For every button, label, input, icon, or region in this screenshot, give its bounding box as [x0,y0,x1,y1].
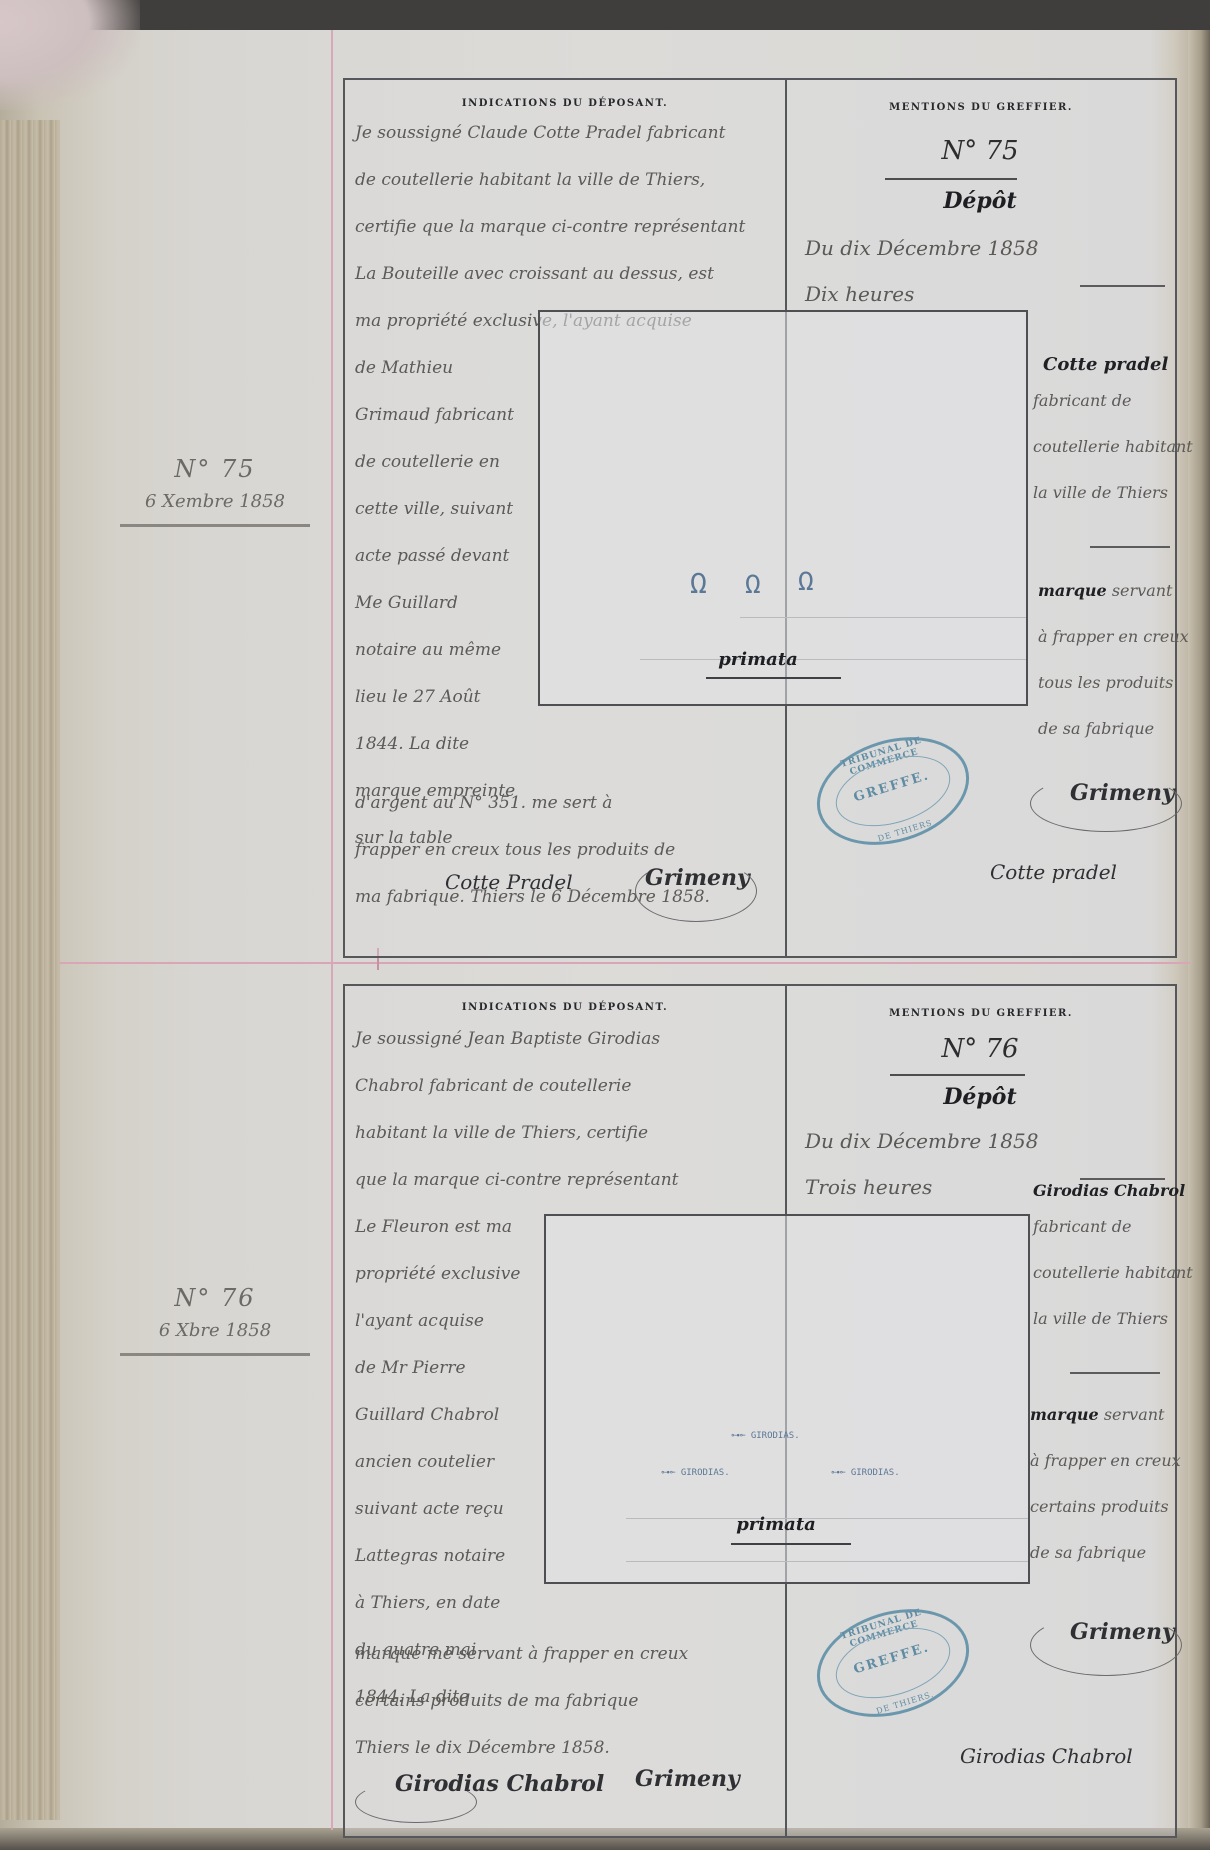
side-note: N° 75 6 Xembre 1858 [120,455,310,527]
register-page: N° 75 6 Xembre 1858 INDICATIONS DU DÉPOS… [0,0,1210,1850]
greffier-date-block: Du dix Décembre 1858 Dix heures [805,225,1038,317]
mark-caption: primata [678,649,838,670]
depot-time: Trois heures [805,1164,1038,1210]
side-note-number: N° 76 [120,1284,310,1312]
side-note-rule [120,1353,310,1356]
signature-flourish [635,860,757,922]
depositant-text-bottom: marque me servant à frapper en creux cer… [355,1631,780,1772]
trademark-box: ⊶⟜ GIRODIAS. ⊶⟜ GIRODIAS. ⊶⟜ GIRODIAS. p… [544,1214,1030,1584]
greffier-date-block: Du dix Décembre 1858 Trois heures [805,1118,1038,1210]
caption-rule [706,677,841,679]
depot-date: Du dix Décembre 1858 [805,225,1038,271]
owner-name: Cotte pradel [1043,350,1168,380]
owner-description: fabricant de coutellerie habitant la vil… [1033,1204,1193,1342]
trademark-box: Ω Ω Ω primata [538,310,1028,706]
clerk-signature: Grimeny [635,1766,740,1792]
depositant-heading: INDICATIONS DU DÉPOSANT. [345,98,785,109]
marque-description: marque servant à frapper en creux certai… [1030,1392,1181,1576]
mark-baseline [740,617,1026,618]
depot-label: Dépôt [880,1084,1080,1110]
depot-label: Dépôt [880,188,1080,214]
trademark-glyph-3: ⊶⟜ GIRODIAS. [831,1468,900,1478]
greffier-flourish [1030,775,1182,832]
caption-rule [731,1543,851,1545]
trademark-glyph-3: Ω [798,567,814,597]
mark-caption: primata [696,1514,856,1535]
greffier-depositant-signature: Girodias Chabrol [960,1744,1133,1768]
greffier-heading: MENTIONS DU GREFFIER. [787,1008,1175,1019]
greffier-number-rule [890,1074,1025,1076]
register-entry-76: N° 76 6 Xbre 1858 INDICATIONS DU DÉPOSAN… [0,964,1210,1844]
owner-rule [1070,1372,1160,1374]
mark-baseline [626,1561,1028,1562]
signature-flourish [355,1781,477,1823]
marque-description: marque servant à frapper en creux tous l… [1038,568,1189,752]
trademark-glyph-2: ⊶⟜ GIRODIAS. [661,1468,730,1478]
owner-description: fabricant de coutellerie habitant la vil… [1033,378,1193,516]
depot-date: Du dix Décembre 1858 [805,1118,1038,1164]
greffier-number-rule [885,178,1017,180]
trademark-glyph-1: ⊶⟜ GIRODIAS. [731,1431,800,1441]
greffier-depositant-signature: Cotte pradel [990,860,1117,884]
side-note-rule [120,524,310,527]
side-note-date: 6 Xembre 1858 [120,491,310,512]
register-entry-75: N° 75 6 Xembre 1858 INDICATIONS DU DÉPOS… [0,0,1210,962]
greffier-entry-number: N° 76 [880,1034,1080,1064]
side-note-number: N° 75 [120,455,310,483]
trademark-glyph-2: Ω [745,570,761,600]
greffier-short-rule [1080,285,1165,287]
trademark-glyph-1: Ω [690,567,707,600]
side-note-date: 6 Xbre 1858 [120,1320,310,1341]
depositant-heading: INDICATIONS DU DÉPOSANT. [345,1002,785,1013]
owner-name: Girodias Chabrol [1033,1176,1185,1206]
greffier-entry-number: N° 75 [880,136,1080,166]
owner-rule [1090,546,1170,548]
greffier-heading: MENTIONS DU GREFFIER. [787,102,1175,113]
depositant-signature: Cotte Pradel [445,870,573,894]
greffier-flourish [1030,1614,1182,1676]
side-note: N° 76 6 Xbre 1858 [120,1284,310,1356]
